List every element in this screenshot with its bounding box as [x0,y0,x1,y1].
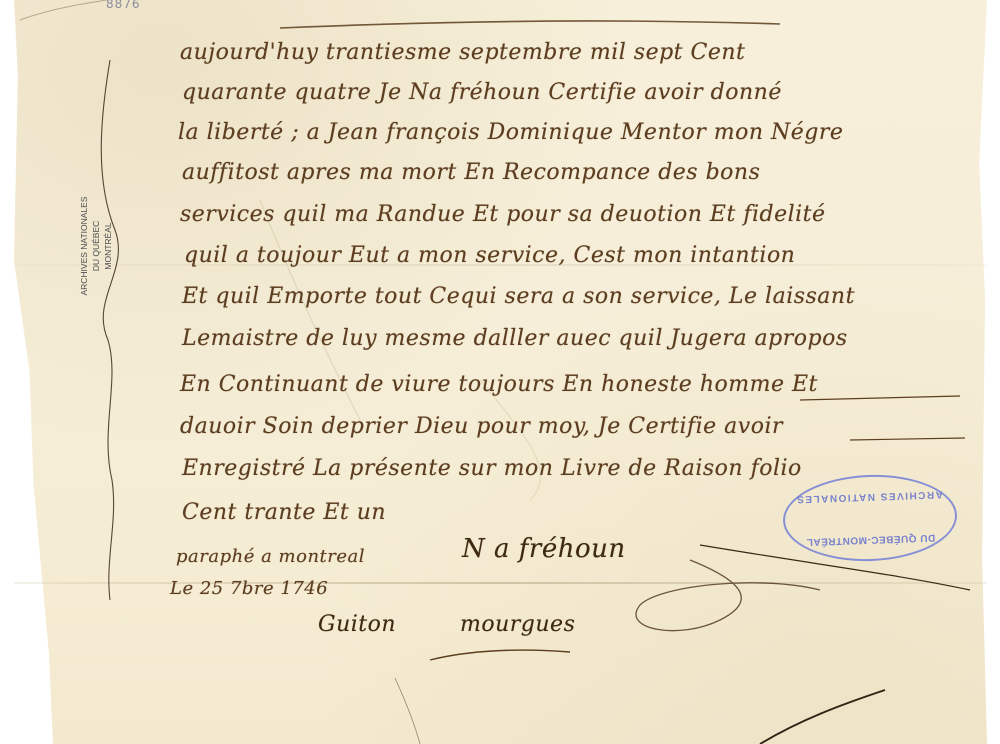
manuscript-line-3: la liberté ; a Jean françois Dominique M… [178,120,843,145]
stamp-line-3: MONTRÉAL [102,196,114,296]
manuscript-line-2: quarante quatre Je Na fréhoun Certifie a… [182,80,782,105]
stamp-line-2: DU QUÉBEC [90,196,102,296]
archive-stamp-vertical: ARCHIVES NATIONALES DU QUÉBEC MONTRÉAL [78,196,148,296]
oval-stamp-top-text: DU QUÉBEC-MONTRÉAL [786,531,956,548]
manuscript-line-11: Enregistré La présente sur mon Livre de … [182,456,802,481]
stamp-line-1: ARCHIVES NATIONALES [78,196,90,296]
manuscript-line-5: services quil ma Randue Et pour sa deuot… [180,202,826,227]
author-signature: N a fréhoun [462,534,626,564]
witness-signature-1: Guiton [318,612,396,637]
paraph-line: paraphé a montreal [176,546,365,567]
manuscript-line-10: dauoir Soin deprier Dieu pour moy, Je Ce… [180,414,783,439]
manuscript-line-12: Cent trante Et un [182,500,386,525]
manuscript-line-4: auffitost apres ma mort En Recompance de… [182,160,760,185]
manuscript-line-6: quil a toujour Eut a mon service, Cest m… [184,243,795,268]
date-line: Le 25 7bre 1746 [170,578,328,599]
manuscript-line-9: En Continuant de viure toujours En hones… [180,372,818,397]
manuscript-line-8: Lemaistre de luy mesme dalller auec quil… [182,326,848,351]
manuscript-line-7: Et quil Emporte tout Cequi sera a son se… [182,284,855,309]
oval-stamp-bottom-text: ARCHIVES NATIONALES [784,488,954,505]
manuscript-line-1: aujourd'huy trantiesme septembre mil sep… [180,40,745,65]
witness-signature-2: mourgues [460,612,575,637]
